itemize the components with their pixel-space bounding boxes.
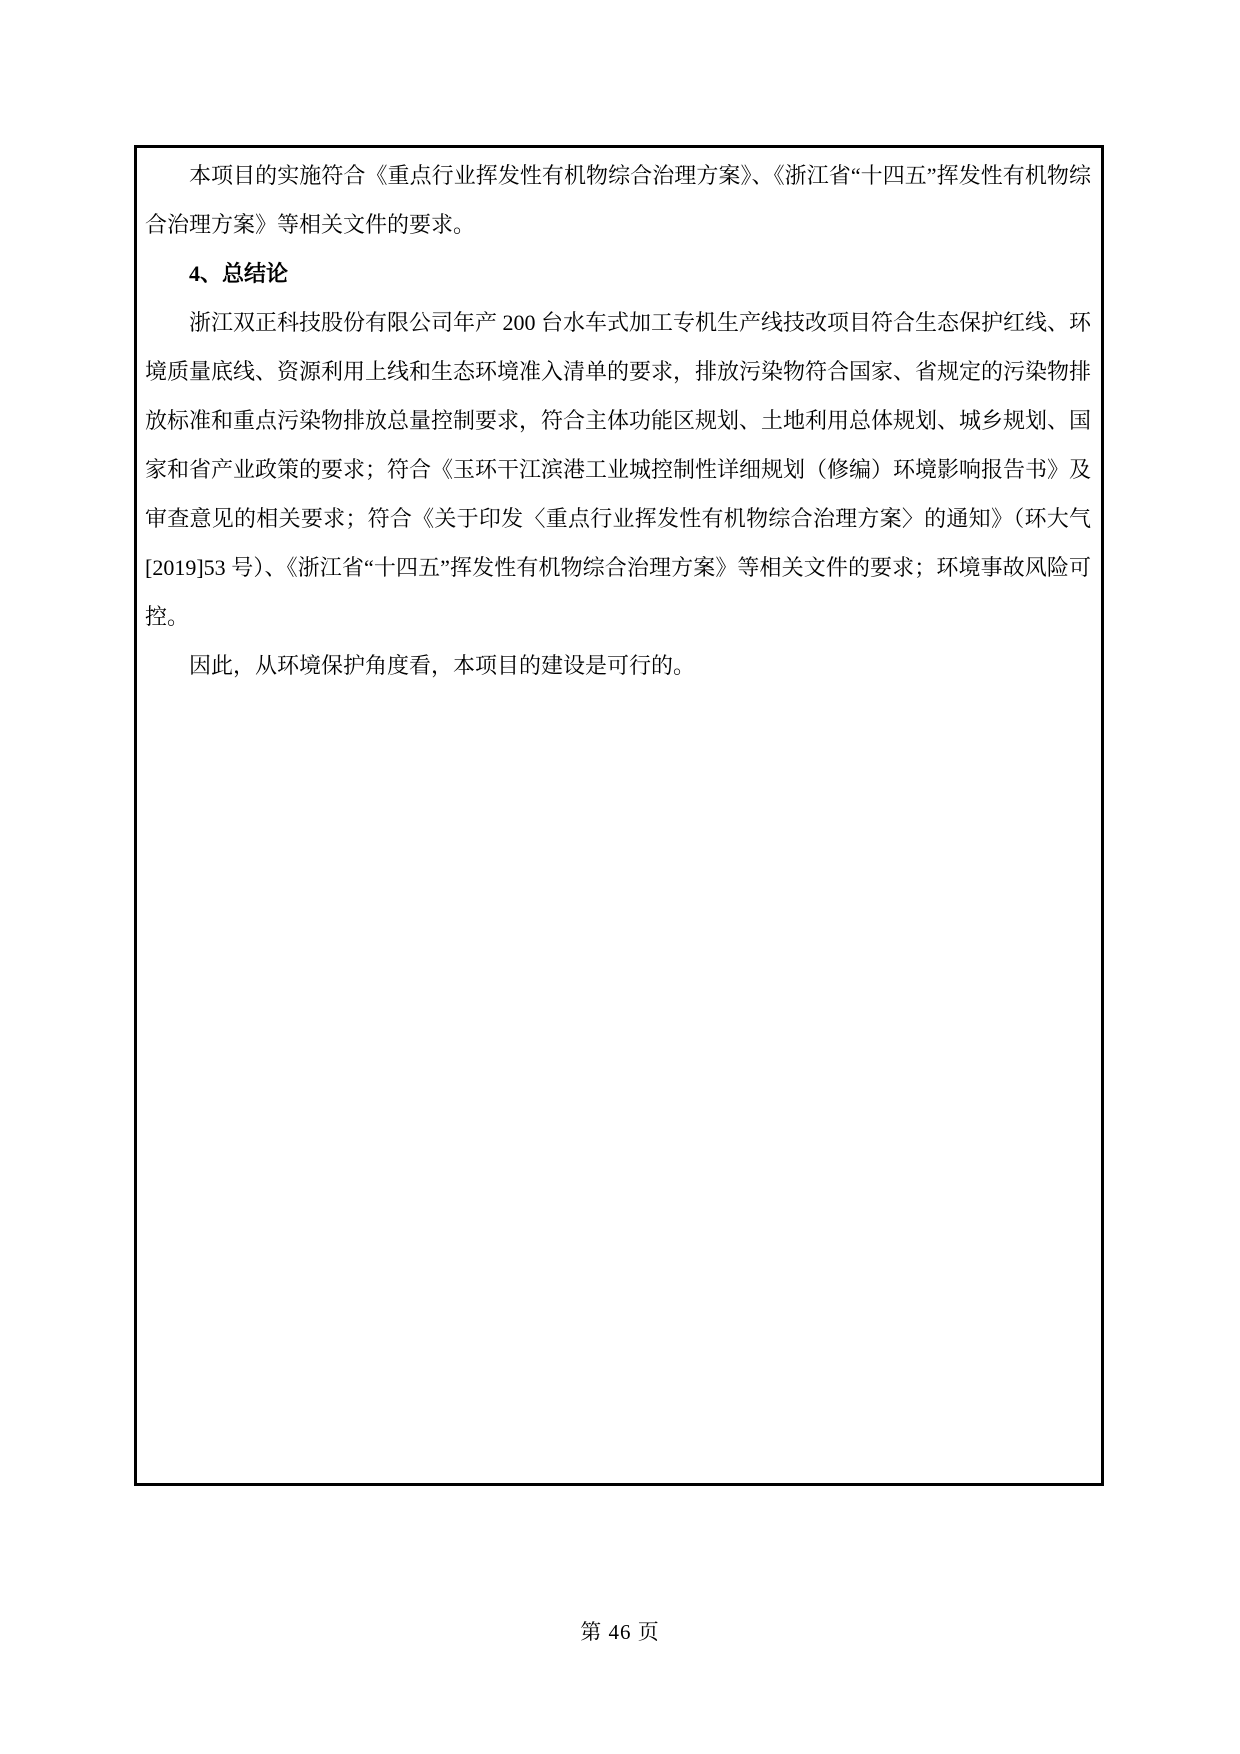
document-page: 本项目的实施符合《重点行业挥发性有机物综合治理方案》、《浙江省“十四五”挥发性有… bbox=[0, 0, 1240, 1754]
paragraph-feasibility-statement: 因此，从环境保护角度看，本项目的建设是可行的。 bbox=[145, 641, 1091, 690]
paragraph-conclusion-details: 浙江双正科技股份有限公司年产 200 台水车式加工专机生产线技改项目符合生态保护… bbox=[145, 298, 1091, 641]
report-text-box: 本项目的实施符合《重点行业挥发性有机物综合治理方案》、《浙江省“十四五”挥发性有… bbox=[134, 145, 1104, 1486]
heading-overall-conclusion: 4、总结论 bbox=[145, 249, 1091, 298]
paragraph-vocs-policy-compliance: 本项目的实施符合《重点行业挥发性有机物综合治理方案》、《浙江省“十四五”挥发性有… bbox=[145, 151, 1091, 249]
page-number: 第 46 页 bbox=[0, 1616, 1240, 1646]
